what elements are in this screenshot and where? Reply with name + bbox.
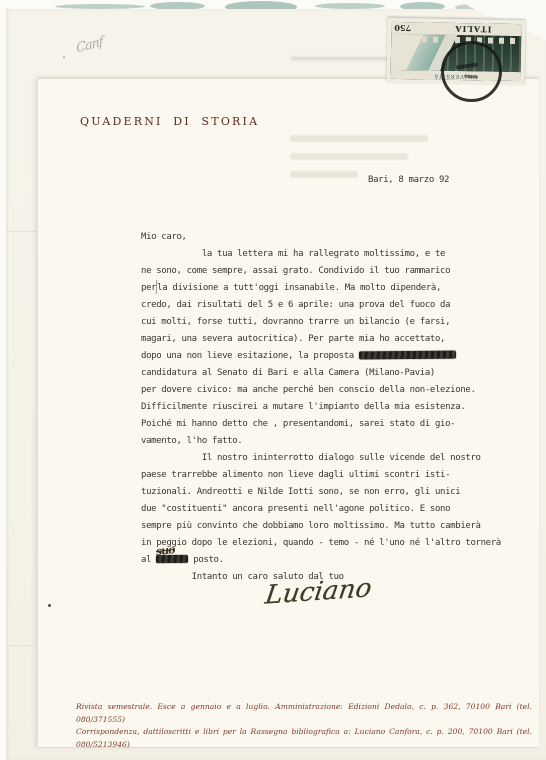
letter-sheet: QUADERNI DI STORIA Bari, 8 marzo 92 Mio … <box>37 78 539 748</box>
body-line: al suo posto. <box>141 552 501 569</box>
body-line: cui molti, forse tutti, dovranno trarre … <box>141 314 501 331</box>
signature: Luciano <box>263 573 373 610</box>
body-line: per dovere civico: ma anche perché ben c… <box>141 382 501 399</box>
erased-address-line <box>290 171 358 178</box>
body-line: ne sono, come sempre, assai grato. Condi… <box>141 263 501 280</box>
body-line: credo, dai risultati del 5 e 6 aprile: u… <box>141 297 501 314</box>
dateline: Bari, 8 marzo 92 <box>368 175 449 185</box>
handwritten-correction: suo <box>155 541 175 560</box>
body-line: candidatura al Senato di Bari e alla Cam… <box>141 365 501 382</box>
footer-line-2: Corrispondenza, dattiloscritti e libri p… <box>76 726 532 751</box>
pencil-dot <box>63 56 65 58</box>
body-line: sempre più convinto che dobbiamo loro mo… <box>141 518 501 535</box>
crease-line <box>6 645 34 646</box>
body-line: la tua lettera mi ha rallegrato moltissi… <box>141 246 501 263</box>
erased-address-line <box>290 135 428 142</box>
smudge-mark <box>291 57 391 60</box>
body-line: Il nostro ininterrotto dialogo sulle vic… <box>141 450 501 467</box>
stamp-country-label: ITALIA <box>454 24 491 35</box>
body-line: vamento, l'ho fatto. <box>141 433 501 450</box>
stamp-value: 750 <box>394 23 411 33</box>
journal-footer: Rivista semestrale. Esce a gennaio e a l… <box>76 701 532 751</box>
body-line: due "costituenti" ancora presenti nell'a… <box>141 501 501 518</box>
body-line: dopo una non lieve esitazione, la propos… <box>141 348 501 365</box>
body-line: paese trarrebbe alimento non lieve dagli… <box>141 467 501 484</box>
body-line: Difficilmente riuscirei a mutare l'impia… <box>141 399 501 416</box>
body-line: Poiché mi hanno detto che , presentandom… <box>141 416 501 433</box>
crease-line <box>6 231 36 232</box>
redaction-mark: suo <box>156 555 188 563</box>
footer-line-1: Rivista semestrale. Esce a gennaio e a l… <box>76 701 532 726</box>
postmark-icon <box>441 41 502 102</box>
ink-dot <box>48 604 51 607</box>
redaction-mark <box>359 351 456 360</box>
body-line: tuzionali. Andreotti e Nilde Iotti sono,… <box>141 484 501 501</box>
body-line: Mio caro, <box>141 229 501 246</box>
letter-body: Mio caro, la tua lettera mi ha rallegrat… <box>141 229 501 586</box>
letterhead-title: QUADERNI DI STORIA <box>80 115 259 128</box>
body-line: magari, una severa autocritica). Per par… <box>141 331 501 348</box>
erased-address-line <box>290 153 408 160</box>
body-line: perla divisione a tutt'oggi insanabile. … <box>141 280 501 297</box>
body-line: in peggio dopo le elezioni, quando - tem… <box>141 535 501 552</box>
